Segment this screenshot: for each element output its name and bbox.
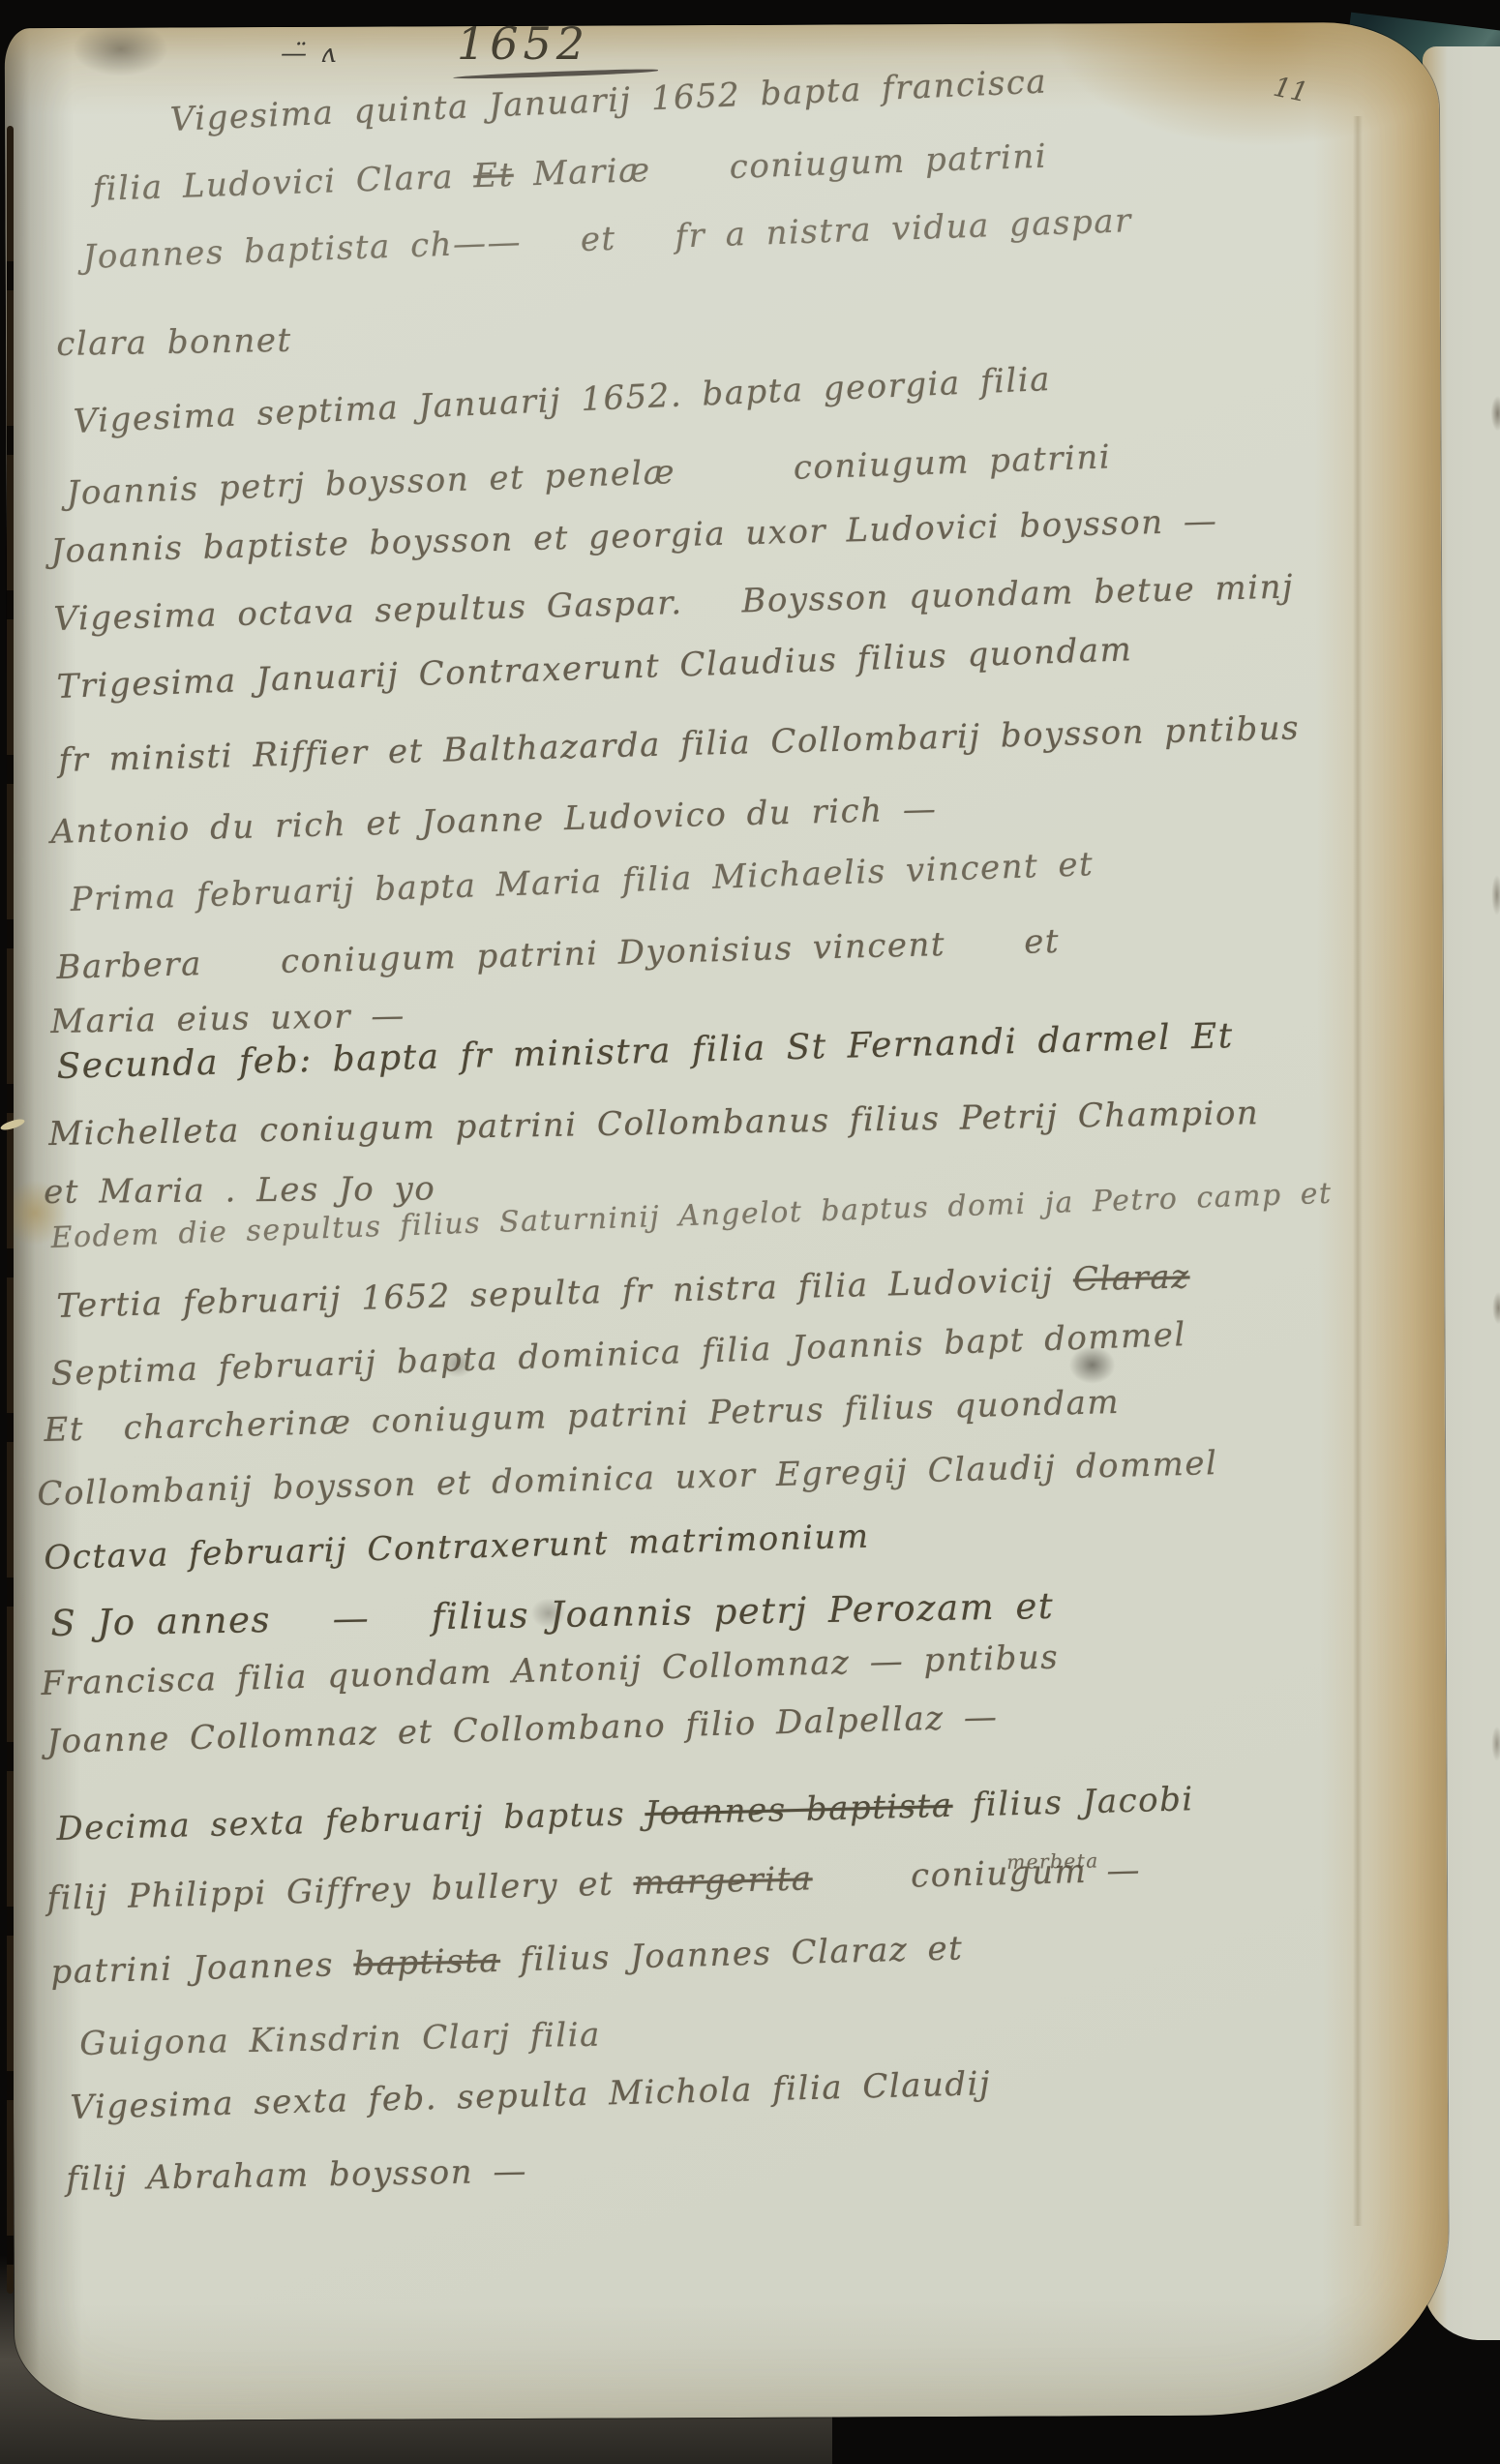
manuscript-line: Prima februarij bapta Maria filia Michae… <box>70 845 1095 919</box>
struck-word: baptista <box>353 1941 501 1984</box>
struck-word: Claraz <box>1072 1257 1190 1299</box>
manuscript-line: Collombanij boysson et dominica uxor Egr… <box>37 1444 1218 1514</box>
struck-word: margerita <box>633 1859 813 1903</box>
manuscript-line: Tertia februarij 1652 sepulta fr nistra … <box>56 1257 1190 1326</box>
manuscript-line: Joannis petrj boysson et penelæ coniugum… <box>66 437 1112 513</box>
manuscript-line: clara bonnet <box>56 321 292 364</box>
manuscript-text-layer: —̈ ʌ 1652 11 Vigesima quinta Januarij 16… <box>0 0 1500 2464</box>
page-number: 11 <box>1271 71 1311 109</box>
manuscript-line: Maria eius uxor — <box>50 997 405 1041</box>
manuscript-line: et Maria . Les Jo yo <box>44 1169 435 1212</box>
manuscript-line: Antonio du rich et Joanne Ludovico du ri… <box>50 790 938 852</box>
manuscript-line: Vigesima sexta feb. sepulta Michola fili… <box>70 2064 992 2127</box>
margin-mark: —̈ ʌ <box>281 39 339 69</box>
manuscript-line: Septima februarij bapta dominica filia J… <box>50 1315 1186 1394</box>
manuscript-line: Francisca filia quondam Antonij Collomna… <box>41 1638 1060 1703</box>
struck-word: Et <box>473 156 515 195</box>
manuscript-line: filia Ludovici Clara Et Mariæ coniugum p… <box>92 137 1048 209</box>
manuscript-line: Barbera coniugum patrini Dyonisius vince… <box>56 922 1061 987</box>
manuscript-line: Octava februarij Contraxerunt matrimoniu… <box>44 1517 870 1578</box>
manuscript-line: Decima sexta februarij baptus Joannes ba… <box>56 1780 1194 1848</box>
year-underline-flourish <box>453 68 658 79</box>
year-heading: 1652 <box>457 17 589 70</box>
manuscript-line: Et charcherinæ coniugum patrini Petrus f… <box>44 1383 1121 1450</box>
manuscript-line: S Jo annes — filius Joannis petrj Peroza… <box>50 1585 1055 1644</box>
manuscript-line: Joanne Collomnaz et Collombano filio Dal… <box>46 1698 999 1761</box>
manuscript-line: Joannis baptiste boysson et georgia uxor… <box>50 501 1218 571</box>
manuscript-line: filij Philippi Giffrey bullery et marger… <box>46 1850 1141 1918</box>
manuscript-line: Vigesima octava sepultus Gaspar. Boysson… <box>53 567 1295 639</box>
manuscript-line: patrini Joannes baptista filius Joannes … <box>50 1929 964 1992</box>
manuscript-line: Joannes baptista ch—— et fr a nistra vid… <box>82 201 1132 277</box>
manuscript-line: Guigona Kinsdrin Clarj filia <box>79 2016 601 2063</box>
manuscript-line: filij Abraham boysson — <box>66 2152 527 2199</box>
manuscript-line: fr ministi Riffier et Balthazarda filia … <box>58 708 1301 780</box>
manuscript-line: Vigesima septima Januarij 1652. bapta ge… <box>73 360 1052 441</box>
manuscript-line: Michelleta coniugum patrini Collombanus … <box>48 1094 1260 1154</box>
manuscript-line: Trigesima Januarij Contraxerunt Claudius… <box>56 630 1133 706</box>
struck-word: Joannes baptista <box>645 1787 953 1833</box>
